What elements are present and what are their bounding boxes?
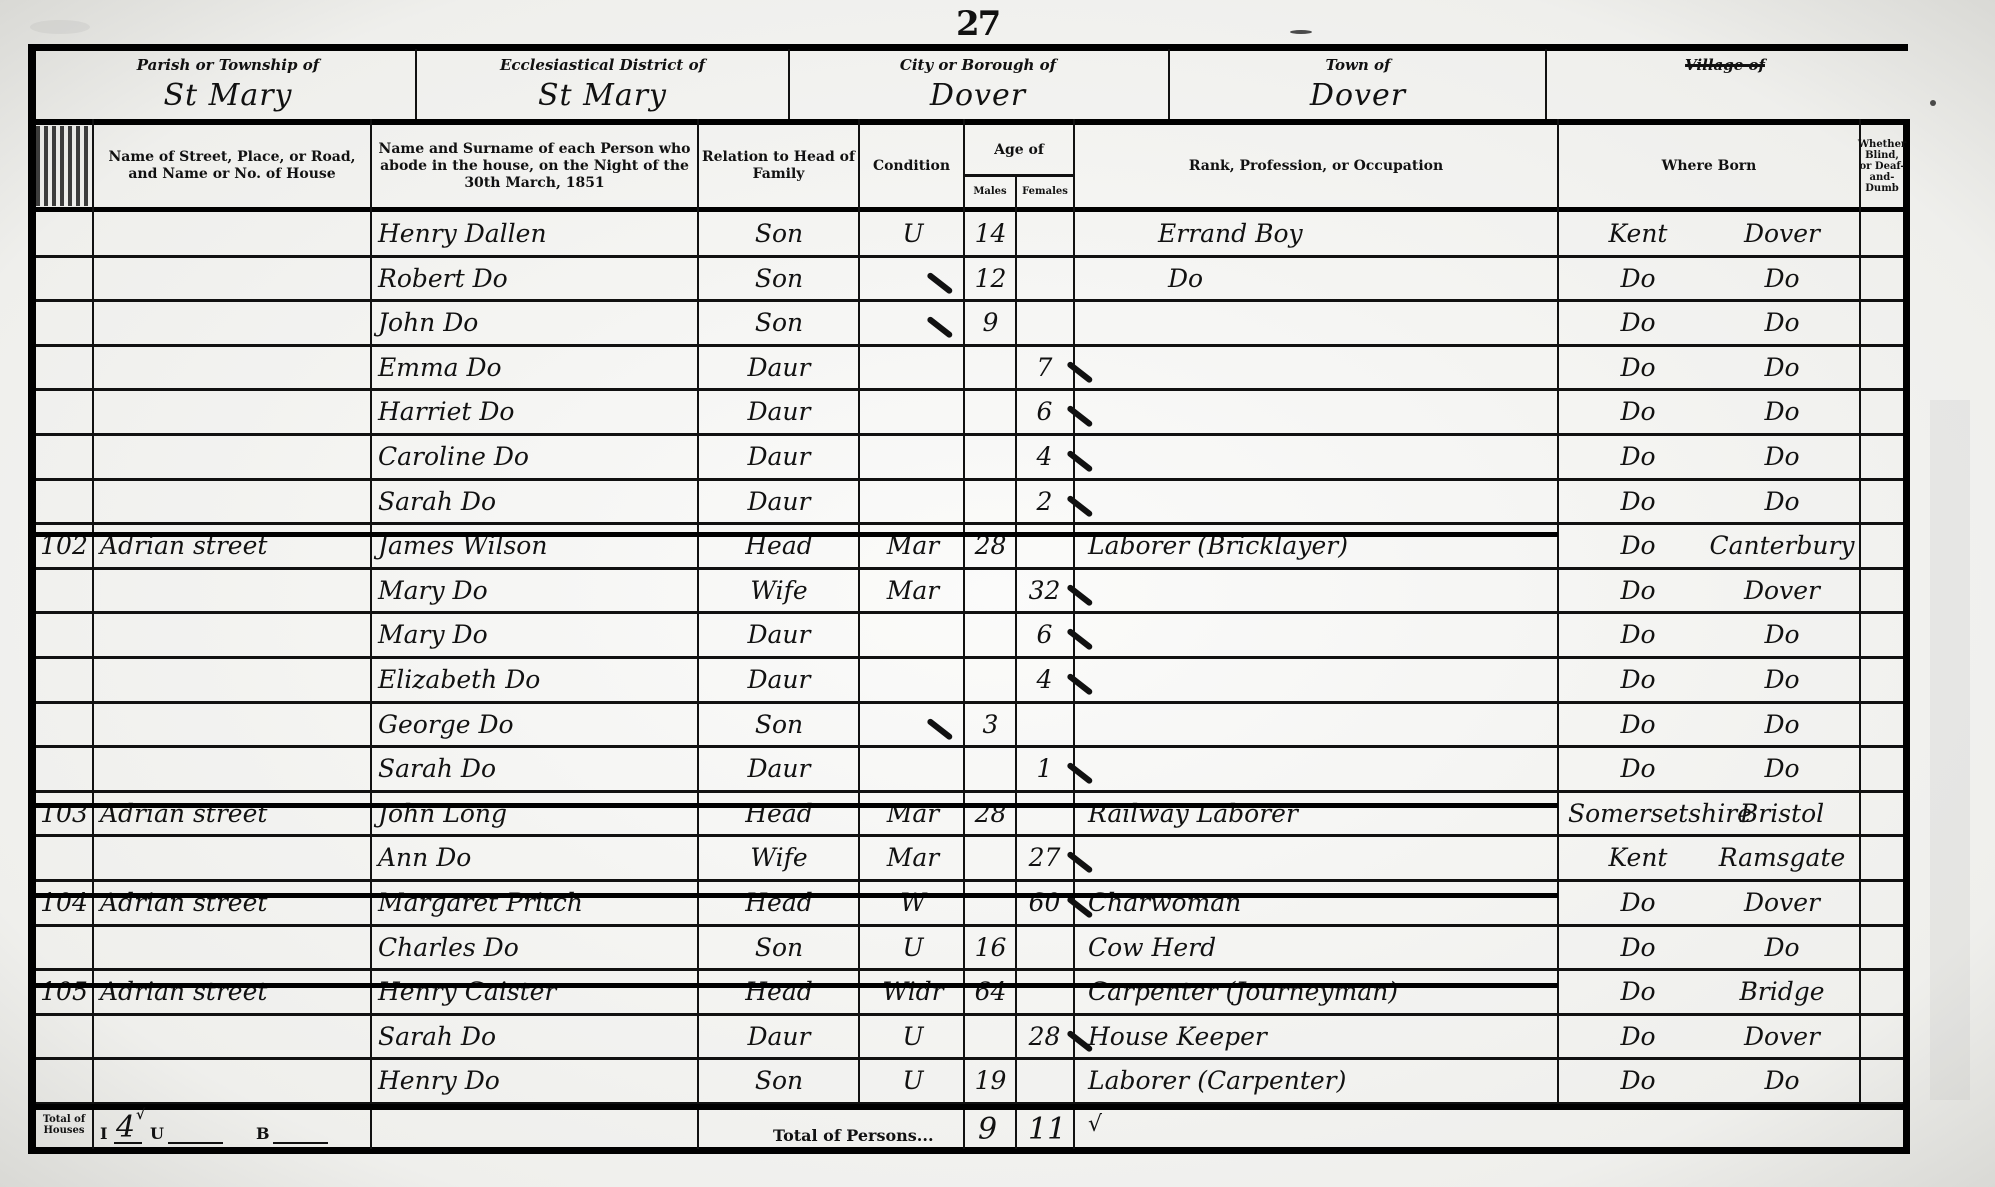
born-place-cell: Do (1708, 926, 1856, 970)
blind-deaf-cell (1863, 346, 1901, 390)
born-place-cell: Bridge (1708, 970, 1856, 1014)
borough-value: Dover (793, 78, 1163, 113)
person-name-cell: George Do (378, 703, 693, 747)
condition-cell (866, 346, 960, 390)
census-page: 27 Parish or Township of St Mary Ecclesi… (0, 0, 1995, 1187)
blind-deaf-cell (1863, 480, 1901, 524)
born-county-cell: Do (1568, 1015, 1708, 1059)
born-place-cell: Do (1708, 390, 1856, 434)
schedule-number-cell (38, 435, 90, 479)
street-address-cell (100, 480, 365, 524)
person-name-cell: Sarah Do (378, 1015, 693, 1059)
age-male-cell (968, 836, 1013, 880)
condition-cell (866, 613, 960, 657)
schedule-number-cell (38, 212, 90, 256)
relation-cell: Wife (703, 569, 855, 613)
condition-cell: Widr (866, 970, 960, 1014)
total-males: 9 (978, 1112, 997, 1147)
condition-cell: U (866, 212, 960, 256)
condition-cell (866, 658, 960, 702)
col-head-street: Name of Street, Place, or Road, and Name… (94, 126, 370, 206)
household-divider (28, 893, 1558, 898)
bottom-border (28, 1147, 1910, 1154)
col-head-relation: Relation to Head of Family (699, 126, 858, 206)
born-county-cell: Kent (1568, 212, 1708, 256)
born-place-cell: Do (1708, 658, 1856, 702)
born-county-cell: Do (1568, 658, 1708, 702)
parish-label: Parish or Township of (48, 56, 408, 74)
born-place-cell: Do (1708, 435, 1856, 479)
top-border (28, 44, 1908, 51)
born-county-cell: Do (1568, 703, 1708, 747)
street-address-cell: Adrian street (100, 792, 365, 836)
born-county-cell: Do (1568, 1059, 1708, 1103)
blind-deaf-cell (1863, 881, 1901, 925)
age-male-cell: 9 (968, 301, 1013, 345)
schedule-number-cell (38, 658, 90, 702)
blind-deaf-cell (1863, 613, 1901, 657)
age-female-cell (1018, 703, 1071, 747)
ink-mark (1290, 30, 1312, 34)
col-head-blind: Whether Blind, or Deaf-and-Dumb (1861, 126, 1903, 206)
relation-cell: Daur (703, 658, 855, 702)
age-female-cell: 6 (1018, 390, 1071, 434)
condition-cell: Mar (866, 524, 960, 568)
schedule-number-cell: 104 (38, 881, 90, 925)
street-address-cell (100, 301, 365, 345)
person-name-cell: Mary Do (378, 613, 693, 657)
schedule-number-cell (38, 836, 90, 880)
condition-cell (866, 257, 960, 301)
born-county-cell: Kent (1568, 836, 1708, 880)
age-female-cell (1018, 524, 1071, 568)
age-male-cell: 28 (968, 792, 1013, 836)
age-female-cell: 32 (1018, 569, 1071, 613)
age-female-cell (1018, 792, 1071, 836)
building-blank (273, 1142, 328, 1144)
occupation-cell: Cow Herd (1088, 926, 1553, 970)
born-county-cell: Do (1568, 435, 1708, 479)
born-place-cell: Dover (1708, 212, 1856, 256)
household-divider (28, 983, 1558, 988)
person-name-cell: Charles Do (378, 926, 693, 970)
building-label: B (256, 1124, 270, 1143)
occupation-cell: Errand Boy (1088, 212, 1623, 256)
ecclesiastical-label: Ecclesiastical District of (420, 56, 785, 74)
relation-cell: Son (703, 257, 855, 301)
condition-cell (866, 435, 960, 479)
blind-deaf-cell (1863, 658, 1901, 702)
street-address-cell (100, 212, 365, 256)
schedule-number-cell (38, 613, 90, 657)
relation-cell: Daur (703, 390, 855, 434)
born-county-cell: Do (1568, 926, 1708, 970)
street-address-cell (100, 435, 365, 479)
blind-deaf-cell (1863, 257, 1901, 301)
relation-cell: Son (703, 1059, 855, 1103)
occupation-cell (1088, 703, 1553, 747)
census-table: Parish or Township of St Mary Ecclesiast… (28, 44, 1906, 1154)
condition-cell (866, 747, 960, 791)
street-address-cell: Adrian street (100, 524, 365, 568)
age-female-cell (1018, 1059, 1071, 1103)
blind-deaf-cell (1863, 524, 1901, 568)
born-county-cell: Do (1568, 480, 1708, 524)
age-male-cell: 12 (968, 257, 1013, 301)
occupation-cell (1088, 390, 1553, 434)
age-male-cell (968, 390, 1013, 434)
born-place-cell: Bristol (1708, 792, 1856, 836)
schedule-number-cell (38, 257, 90, 301)
divider (415, 49, 417, 121)
born-county-cell: Somersetshire (1568, 792, 1708, 836)
street-address-cell (100, 836, 365, 880)
born-place-cell: Do (1708, 747, 1856, 791)
street-address-cell (100, 926, 365, 970)
col-head-schedule (36, 126, 92, 206)
relation-cell: Daur (703, 1015, 855, 1059)
person-name-cell: Harriet Do (378, 390, 693, 434)
occupation-cell: Railway Laborer (1088, 792, 1553, 836)
uninhabited-label: U (150, 1124, 164, 1143)
blind-deaf-cell (1863, 390, 1901, 434)
person-name-cell: John Do (378, 301, 693, 345)
born-place-cell: Do (1708, 480, 1856, 524)
age-female-cell (1018, 301, 1071, 345)
born-place-cell: Canterbury (1708, 524, 1856, 568)
divider (788, 49, 790, 121)
relation-cell: Son (703, 301, 855, 345)
blind-deaf-cell (1863, 435, 1901, 479)
ink-dot (1930, 100, 1936, 106)
parish-value: St Mary (48, 78, 408, 113)
occupation-cell (1088, 613, 1553, 657)
relation-cell: Head (703, 970, 855, 1014)
occupation-cell (1088, 435, 1553, 479)
ecclesiastical-value: St Mary (420, 78, 785, 113)
age-female-cell: 4 (1018, 435, 1071, 479)
schedule-number-cell (38, 301, 90, 345)
condition-cell: U (866, 1059, 960, 1103)
condition-cell: U (866, 926, 960, 970)
relation-cell: Daur (703, 435, 855, 479)
condition-cell (866, 703, 960, 747)
occupation-cell (1088, 747, 1553, 791)
street-address-cell (100, 1015, 365, 1059)
street-address-cell (100, 747, 365, 791)
blind-deaf-cell (1863, 1059, 1901, 1103)
born-place-cell: Dover (1708, 569, 1856, 613)
born-place-cell: Ramsgate (1708, 836, 1856, 880)
age-female-cell (1018, 212, 1071, 256)
divider (1168, 49, 1170, 121)
occupation-cell: Laborer (Bricklayer) (1088, 524, 1553, 568)
condition-cell: W (866, 881, 960, 925)
schedule-number-cell: 103 (38, 792, 90, 836)
col-head-occupation: Rank, Profession, or Occupation (1075, 126, 1557, 206)
condition-cell: Mar (866, 836, 960, 880)
age-male-cell (968, 613, 1013, 657)
occupation-cell: Do (1088, 257, 1633, 301)
person-name-cell: Elizabeth Do (378, 658, 693, 702)
relation-cell: Daur (703, 747, 855, 791)
occupation-cell: Carpenter (Journeyman) (1088, 970, 1553, 1014)
age-split-rule (965, 174, 1073, 177)
blind-deaf-cell (1863, 301, 1901, 345)
person-name-cell: James Wilson (378, 524, 693, 568)
person-name-cell: Henry Caister (378, 970, 693, 1014)
street-address-cell (100, 390, 365, 434)
total-houses-label: Total of Houses (38, 1114, 90, 1136)
relation-cell: Daur (703, 613, 855, 657)
col-line (697, 119, 699, 1149)
occupation-cell (1088, 658, 1553, 702)
relation-cell: Head (703, 792, 855, 836)
born-county-cell: Do (1568, 569, 1708, 613)
age-female-cell: 60 (1018, 881, 1071, 925)
condition-cell: Mar (866, 569, 960, 613)
age-female-cell: 27 (1018, 836, 1071, 880)
schedule-number-cell (38, 346, 90, 390)
relation-cell: Son (703, 212, 855, 256)
schedule-number-cell: 102 (38, 524, 90, 568)
total-persons-label: Total of Persons... (773, 1126, 934, 1145)
person-name-cell: Sarah Do (378, 747, 693, 791)
header-band-rule (28, 119, 1908, 125)
schedule-number-cell (38, 1059, 90, 1103)
inhabited-value: 4 (116, 1110, 135, 1145)
blind-deaf-cell (1863, 792, 1901, 836)
col-head-name: Name and Surname of each Person who abod… (372, 126, 697, 206)
blind-deaf-cell (1863, 569, 1901, 613)
relation-cell: Son (703, 926, 855, 970)
col-head-females: Females (1017, 176, 1073, 206)
right-border (1903, 119, 1910, 1154)
col-line (963, 119, 965, 1149)
age-female-cell (1018, 257, 1071, 301)
born-county-cell: Do (1568, 970, 1708, 1014)
age-male-cell (968, 480, 1013, 524)
street-address-cell (100, 613, 365, 657)
street-address-cell (100, 569, 365, 613)
age-male-cell (968, 569, 1013, 613)
relation-cell: Wife (703, 836, 855, 880)
born-county-cell: Do (1568, 301, 1708, 345)
born-county-cell: Do (1568, 390, 1708, 434)
street-address-cell (100, 257, 365, 301)
born-county-cell: Do (1568, 346, 1708, 390)
age-male-cell: 3 (968, 703, 1013, 747)
blind-deaf-cell (1863, 1015, 1901, 1059)
street-address-cell (100, 703, 365, 747)
village-label: Village of (1550, 56, 1900, 74)
born-place-cell: Do (1708, 257, 1856, 301)
occupation-cell: Charwoman (1088, 881, 1553, 925)
age-male-cell: 28 (968, 524, 1013, 568)
occupation-cell (1088, 346, 1553, 390)
page-edge-shadow (1930, 400, 1970, 1100)
occupation-cell (1088, 569, 1553, 613)
total-females: 11 (1028, 1112, 1066, 1147)
occupation-cell (1088, 301, 1553, 345)
col-head-condition: Condition (860, 126, 963, 206)
folio-number: 27 (956, 4, 999, 44)
age-female-cell (1018, 926, 1071, 970)
person-name-cell: Caroline Do (378, 435, 693, 479)
street-address-cell: Adrian street (100, 881, 365, 925)
col-head-age: Age of (965, 126, 1073, 174)
born-place-cell: Dover (1708, 1015, 1856, 1059)
born-place-cell: Do (1708, 613, 1856, 657)
age-female-cell: 6 (1018, 613, 1071, 657)
street-address-cell (100, 1059, 365, 1103)
age-female-cell (1018, 970, 1071, 1014)
condition-cell (866, 301, 960, 345)
totals-divider (28, 1104, 1904, 1110)
age-male-cell (968, 346, 1013, 390)
born-place-cell: Do (1708, 301, 1856, 345)
schedule-number-cell (38, 747, 90, 791)
household-divider (28, 803, 1558, 808)
born-county-cell: Do (1568, 881, 1708, 925)
inhabited-check: √ (136, 1107, 145, 1123)
street-address-cell (100, 346, 365, 390)
born-place-cell: Do (1708, 1059, 1856, 1103)
age-male-cell: 16 (968, 926, 1013, 970)
age-male-cell (968, 747, 1013, 791)
person-name-cell: Henry Dallen (378, 212, 693, 256)
condition-cell: Mar (866, 792, 960, 836)
condition-cell: U (866, 1015, 960, 1059)
person-name-cell: Emma Do (378, 346, 693, 390)
born-county-cell: Do (1568, 257, 1708, 301)
age-female-cell: 2 (1018, 480, 1071, 524)
blind-deaf-cell (1863, 747, 1901, 791)
age-male-cell (968, 658, 1013, 702)
col-head-where-born: Where Born (1559, 126, 1859, 206)
condition-cell (866, 480, 960, 524)
schedule-number-cell: 105 (38, 970, 90, 1014)
schedule-number-cell (38, 926, 90, 970)
age-male-cell: 14 (968, 212, 1013, 256)
town-label: Town of (1173, 56, 1543, 74)
blind-deaf-cell (1863, 926, 1901, 970)
age-female-cell: 1 (1018, 747, 1071, 791)
relation-cell: Daur (703, 346, 855, 390)
born-county-cell: Do (1568, 747, 1708, 791)
totals-check-mark: √ (1088, 1112, 1102, 1137)
blind-deaf-cell (1863, 836, 1901, 880)
col-line (92, 119, 94, 1149)
schedule-number-cell (38, 480, 90, 524)
col-line (1015, 174, 1017, 1149)
col-head-males: Males (965, 176, 1015, 206)
age-female-cell: 28 (1018, 1015, 1071, 1059)
occupation-cell: House Keeper (1088, 1015, 1553, 1059)
relation-cell: Son (703, 703, 855, 747)
born-place-cell: Dover (1708, 881, 1856, 925)
person-name-cell: Ann Do (378, 836, 693, 880)
age-male-cell: 64 (968, 970, 1013, 1014)
age-female-cell: 7 (1018, 346, 1071, 390)
schedule-number-cell (38, 1015, 90, 1059)
borough-label: City or Borough of (793, 56, 1163, 74)
blind-deaf-cell (1863, 212, 1901, 256)
person-name-cell: John Long (378, 792, 693, 836)
street-address-cell: Adrian street (100, 970, 365, 1014)
born-county-cell: Do (1568, 613, 1708, 657)
age-male-cell (968, 435, 1013, 479)
schedule-number-cell (38, 569, 90, 613)
divider (1545, 49, 1547, 121)
inhabited-label: I (100, 1124, 107, 1143)
occupation-cell: Laborer (Carpenter) (1088, 1059, 1553, 1103)
town-value: Dover (1173, 78, 1543, 113)
household-divider (28, 532, 1558, 537)
person-name-cell: Mary Do (378, 569, 693, 613)
relation-cell: Daur (703, 480, 855, 524)
person-name-cell: Henry Do (378, 1059, 693, 1103)
underline (114, 1142, 142, 1144)
person-name-cell: Margaret Pritch (378, 881, 693, 925)
relation-cell: Head (703, 524, 855, 568)
blind-deaf-cell (1863, 970, 1901, 1014)
schedule-number-cell (38, 703, 90, 747)
age-male-cell (968, 881, 1013, 925)
relation-cell: Head (703, 881, 855, 925)
paper-stain (30, 20, 90, 34)
person-name-cell: Robert Do (378, 257, 693, 301)
schedule-number-cell (38, 390, 90, 434)
col-line (370, 119, 372, 1149)
street-address-cell (100, 658, 365, 702)
age-male-cell (968, 1015, 1013, 1059)
condition-cell (866, 390, 960, 434)
occupation-cell (1088, 836, 1553, 880)
born-place-cell: Do (1708, 703, 1856, 747)
uninhabited-blank (168, 1142, 223, 1144)
age-male-cell: 19 (968, 1059, 1013, 1103)
born-county-cell: Do (1568, 524, 1708, 568)
age-female-cell: 4 (1018, 658, 1071, 702)
born-place-cell: Do (1708, 346, 1856, 390)
blind-deaf-cell (1863, 703, 1901, 747)
occupation-cell (1088, 480, 1553, 524)
person-name-cell: Sarah Do (378, 480, 693, 524)
